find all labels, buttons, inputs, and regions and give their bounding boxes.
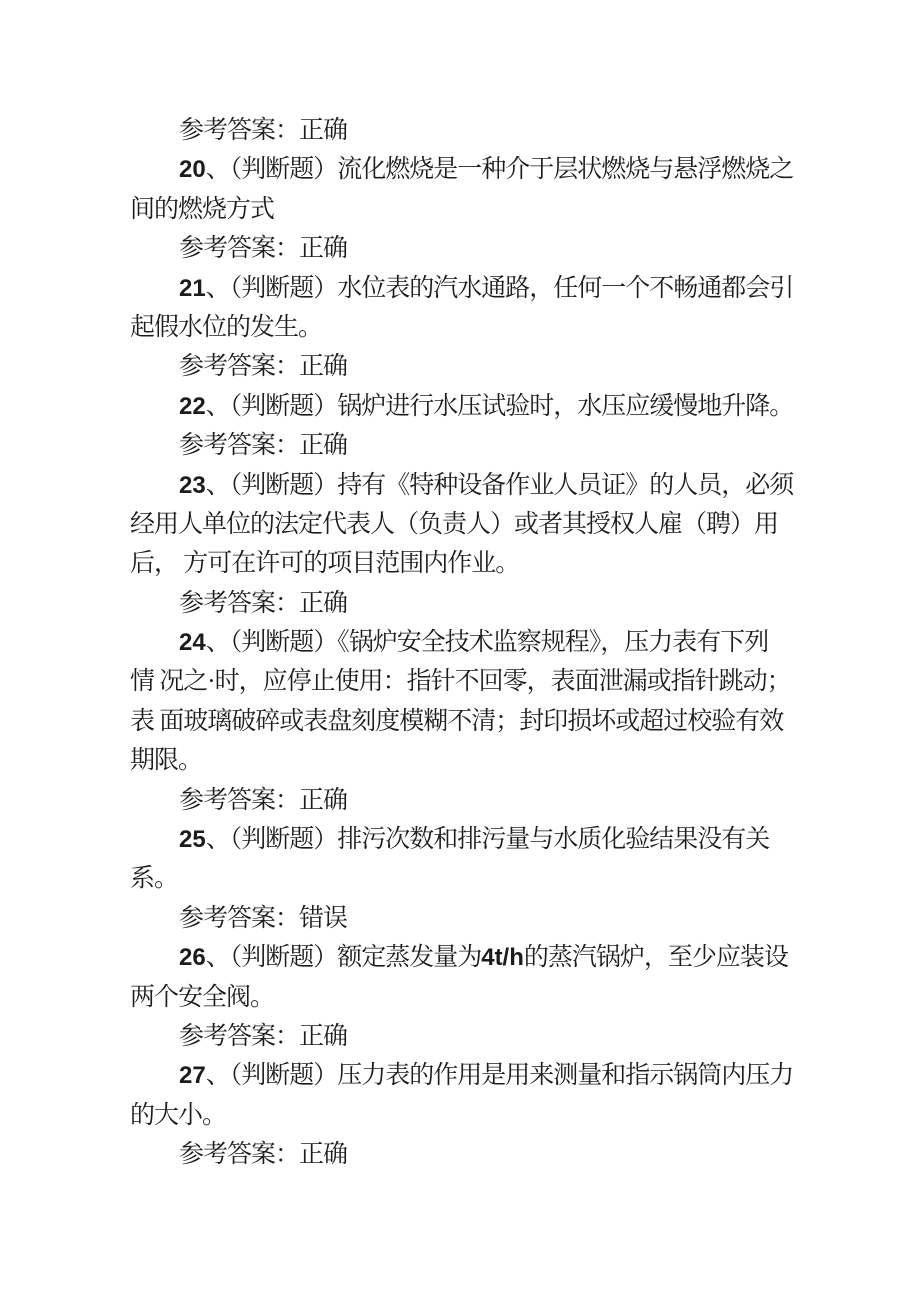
answer-line: 参考答案：正确 xyxy=(130,1017,792,1056)
question-line: 后， 方可在许可的项目范围内作业。 xyxy=(130,544,792,583)
question-text: 间的燃烧方式 xyxy=(130,196,274,223)
question-line: 两个安全阀。 xyxy=(130,978,792,1017)
question-line: 系。 xyxy=(130,859,792,898)
answer-value: 正确 xyxy=(299,117,347,144)
question-text: 表 面玻璃破碎或表盘刻度模糊不清；封印损坏或超过校验有效 xyxy=(130,708,783,735)
question-line: 表 面玻璃破碎或表盘刻度模糊不清；封印损坏或超过校验有效 xyxy=(130,702,792,741)
question-line: 22、（判断题）锅炉进行水压试验时，水压应缓慢地升降。 xyxy=(130,387,792,426)
question-text: 、（判断题）压力表的作用是用来测量和指示锅筒内压力 xyxy=(206,1062,794,1089)
answer-label: 参考答案： xyxy=(179,117,299,144)
question-line: 26、（判断题）额定蒸发量为4t/h的蒸汽锅炉，至少应装设 xyxy=(130,938,792,977)
question-text: 后， 方可在许可的项目范围内作业。 xyxy=(130,550,519,577)
question-line: 25、（判断题）排污次数和排污量与水质化验结果没有关 xyxy=(130,820,792,859)
answer-label: 参考答案： xyxy=(179,1141,299,1168)
question-text: 的蒸汽锅炉，至少应装设 xyxy=(524,944,788,971)
question-text: 起假水位的发生。 xyxy=(130,314,322,341)
answer-line: 参考答案：正确 xyxy=(130,1135,792,1174)
answer-value: 正确 xyxy=(299,1023,347,1050)
question-text: 、（判断题）《锅炉安全技术监察规程》，压力表有下列 xyxy=(206,629,769,656)
question-text: 的大小。 xyxy=(130,1102,226,1129)
answer-value: 正确 xyxy=(299,590,347,617)
answer-line: 参考答案：正确 xyxy=(130,426,792,465)
answer-line: 参考答案：错误 xyxy=(130,899,792,938)
question-line: 27、（判断题）压力表的作用是用来测量和指示锅筒内压力 xyxy=(130,1056,792,1095)
answer-line: 参考答案：正确 xyxy=(130,781,792,820)
answer-value: 正确 xyxy=(299,432,347,459)
answer-value: 正确 xyxy=(299,353,347,380)
answer-line: 参考答案：正确 xyxy=(130,347,792,386)
question-line: 20、（判断题）流化燃烧是一种介于层状燃烧与悬浮燃烧之 xyxy=(130,150,792,189)
question-number-text: 25 xyxy=(179,826,206,853)
question-line: 起假水位的发生。 xyxy=(130,308,792,347)
answer-label: 参考答案： xyxy=(179,787,299,814)
answer-line: 参考答案：正确 xyxy=(130,584,792,623)
question-text: 、（判断题）排污次数和排污量与水质化验结果没有关 xyxy=(206,826,770,853)
question-number-text: 26 xyxy=(179,944,206,971)
answer-value: 正确 xyxy=(299,235,347,262)
question-text: 、（判断题）持有《特种设备作业人员证》的人员，必须 xyxy=(206,472,794,499)
question-line: 23、（判断题）持有《特种设备作业人员证》的人员，必须 xyxy=(130,466,792,505)
answer-label: 参考答案： xyxy=(179,353,299,380)
answer-label: 参考答案： xyxy=(179,235,299,262)
answer-value: 错误 xyxy=(299,905,347,932)
question-text: 系。 xyxy=(130,865,178,892)
question-number-text: 20 xyxy=(179,156,206,183)
question-line: 经用人单位的法定代表人（负责人）或者其授权人雇（聘）用 xyxy=(130,505,792,544)
question-text: 期限。 xyxy=(130,747,202,774)
question-line: 的大小。 xyxy=(130,1096,792,1135)
answer-label: 参考答案： xyxy=(179,905,299,932)
document-page: 参考答案：正确20、（判断题）流化燃烧是一种介于层状燃烧与悬浮燃烧之间的燃烧方式… xyxy=(130,111,792,1175)
answer-line: 参考答案：正确 xyxy=(130,229,792,268)
question-number-text: 22 xyxy=(179,393,206,420)
question-text: 、（判断题）流化燃烧是一种介于层状燃烧与悬浮燃烧之 xyxy=(206,156,794,183)
question-line: 间的燃烧方式 xyxy=(130,190,792,229)
answer-value: 正确 xyxy=(299,787,347,814)
answer-label: 参考答案： xyxy=(179,432,299,459)
question-text: 情 况之·时，应停止使用：指针不回零，表面泄漏或指针跳动； xyxy=(130,668,791,695)
question-number-text: 23 xyxy=(179,472,206,499)
question-line: 情 况之·时，应停止使用：指针不回零，表面泄漏或指针跳动； xyxy=(130,662,792,701)
question-text: 、（判断题）锅炉进行水压试验时，水压应缓慢地升降。 xyxy=(206,393,794,420)
question-text: 经用人单位的法定代表人（负责人）或者其授权人雇（聘）用 xyxy=(130,511,778,538)
question-number-text: 27 xyxy=(179,1062,206,1089)
answer-line: 参考答案：正确 xyxy=(130,111,792,150)
answer-label: 参考答案： xyxy=(179,590,299,617)
question-number-text: 24 xyxy=(179,629,206,656)
answer-value: 正确 xyxy=(299,1141,347,1168)
question-text: 两个安全阀。 xyxy=(130,984,274,1011)
question-number-text: 21 xyxy=(179,275,206,302)
question-text: 、（判断题）额定蒸发量为 xyxy=(206,944,482,971)
question-text: 、（判断题）水位表的汽水通路，任何一个不畅通都会引 xyxy=(206,275,794,302)
question-line: 期限。 xyxy=(130,741,792,780)
question-line: 24、（判断题）《锅炉安全技术监察规程》，压力表有下列 xyxy=(130,623,792,662)
question-number-text: 4t/h xyxy=(481,944,524,971)
answer-label: 参考答案： xyxy=(179,1023,299,1050)
question-line: 21、（判断题）水位表的汽水通路，任何一个不畅通都会引 xyxy=(130,269,792,308)
